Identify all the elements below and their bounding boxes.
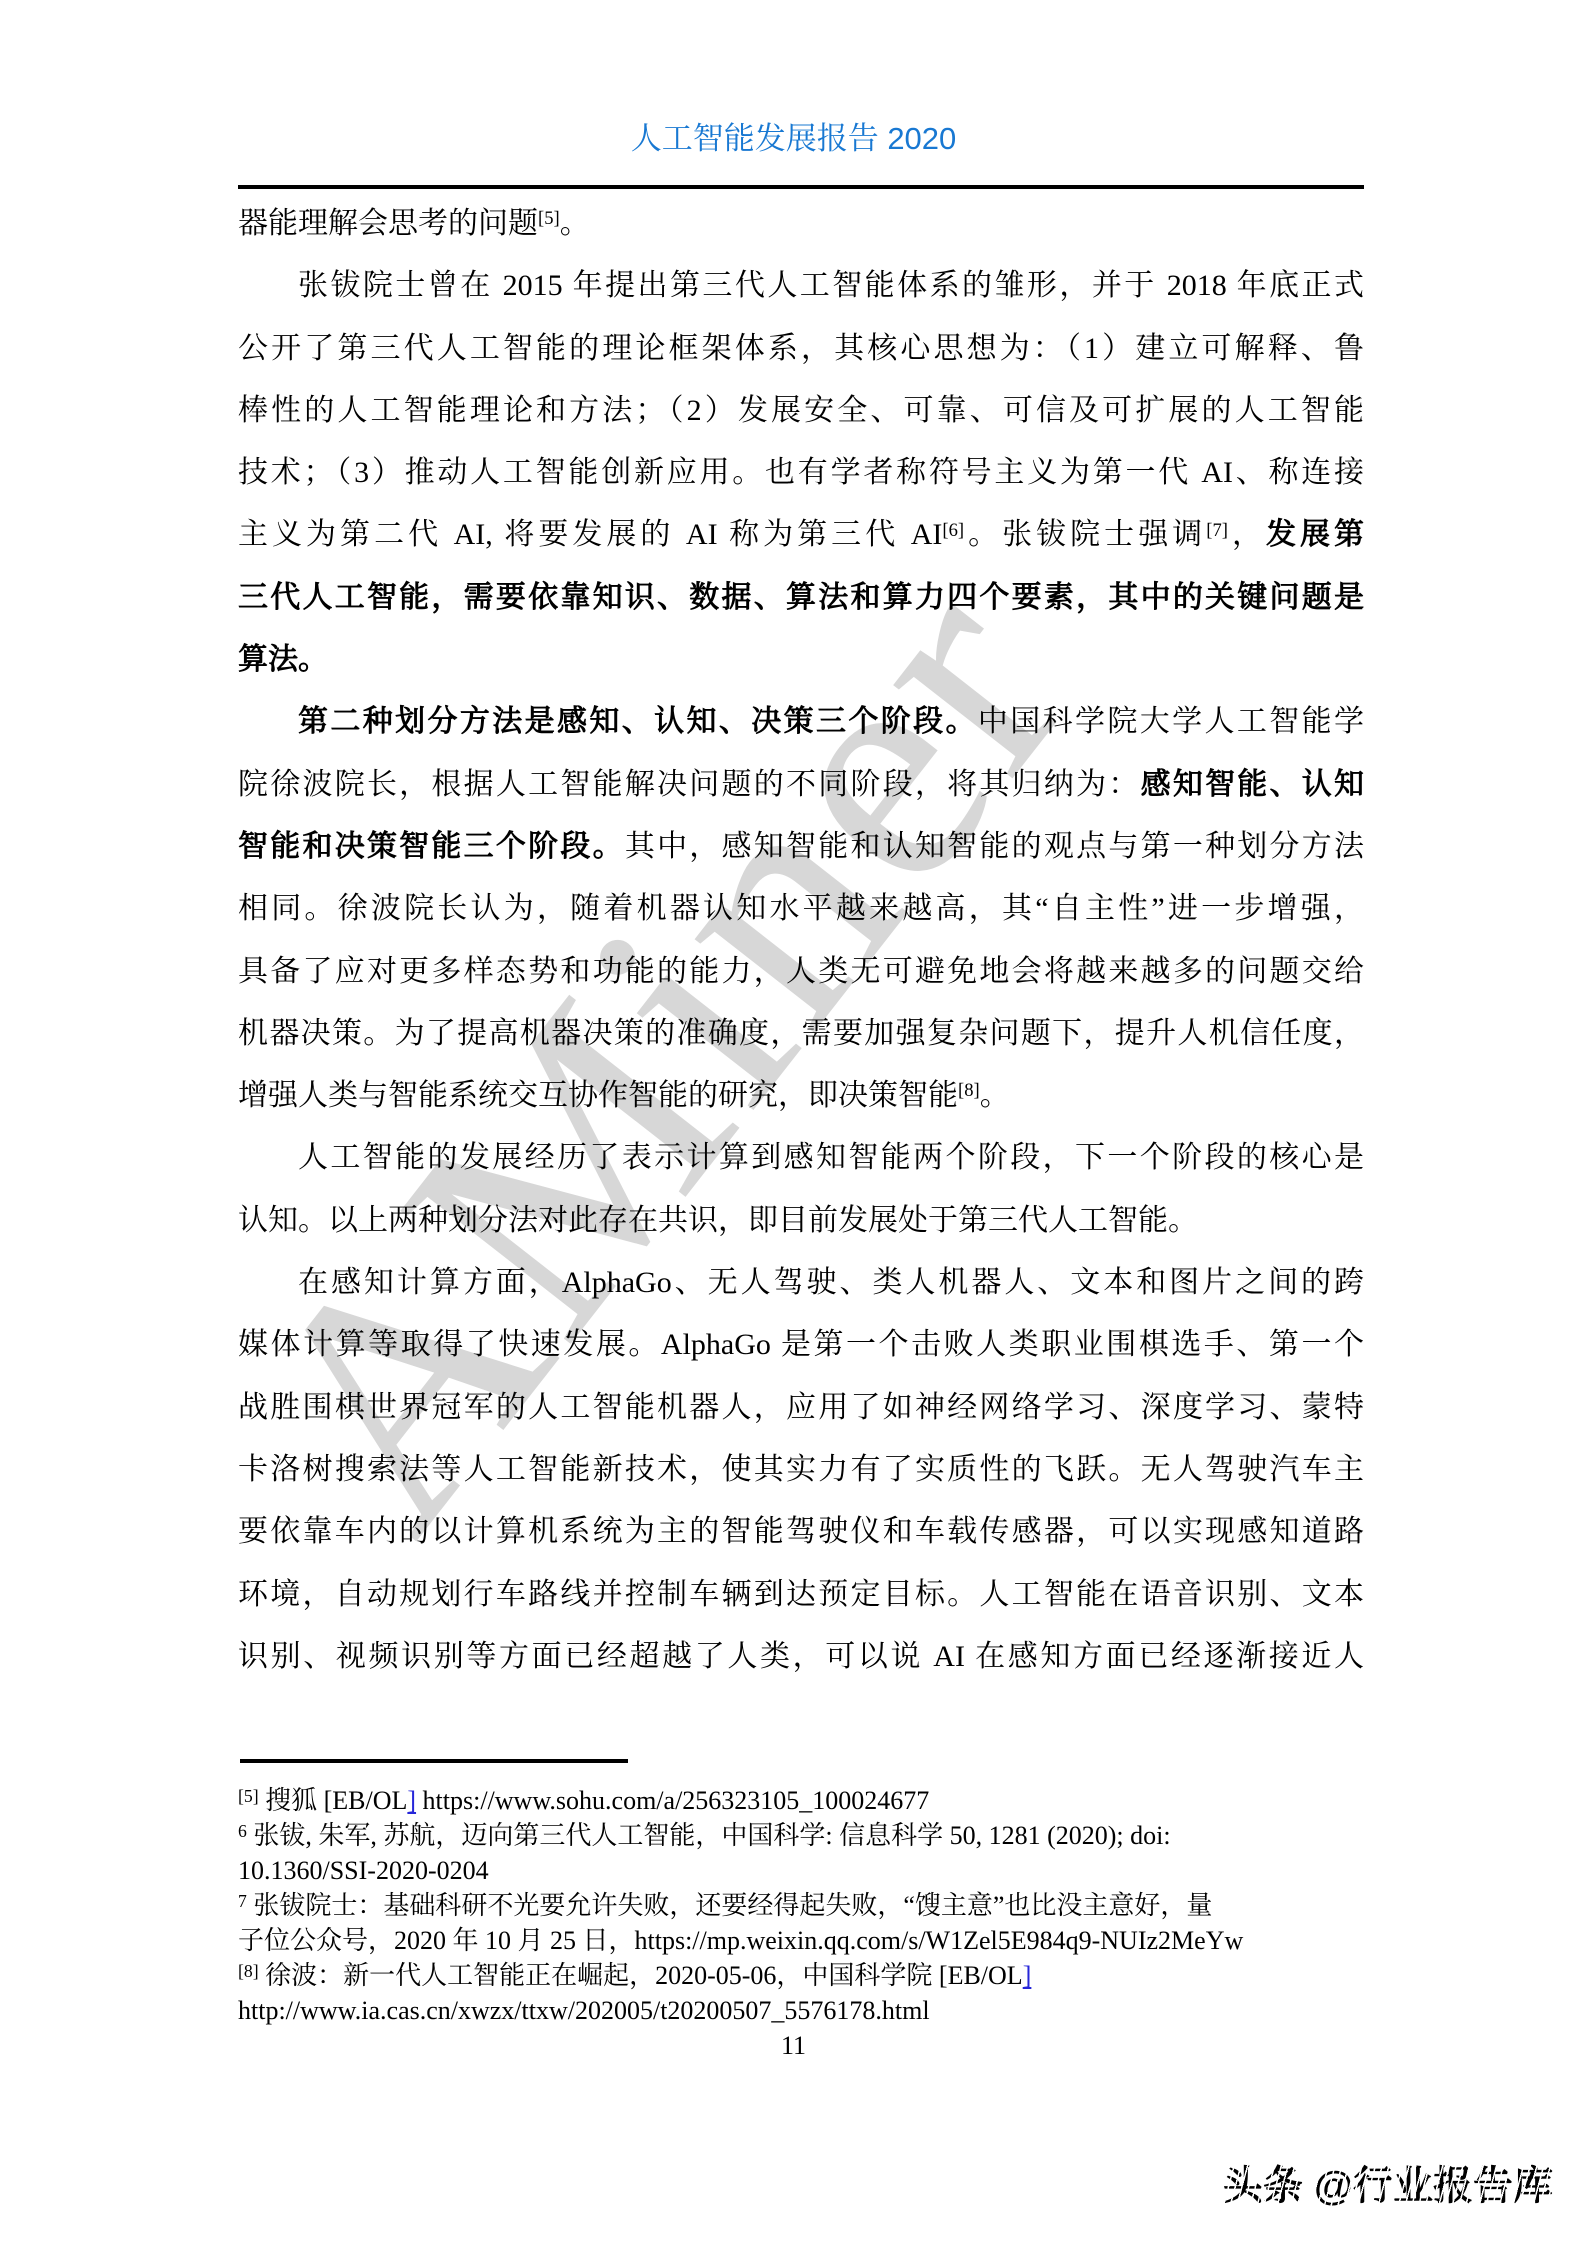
footnote-line: http://www.ia.cas.cn/xwzx/ttxw/202005/t2… <box>238 1993 1364 2028</box>
text-run: 张钹院士曾在 2015 年提出第三代人工智能体系的雏形，并于 2018 年底正式 <box>298 269 1364 302</box>
text-run: 器能理解会思考的问题 <box>238 207 538 240</box>
body-line: 战胜围棋世界冠军的人工智能机器人，应用了如神经网络学习、深度学习、蒙特 <box>238 1377 1364 1439</box>
body-line: 院徐波院长，根据人工智能解决问题的不同阶段，将其归纳为：感知智能、认知 <box>238 754 1364 816</box>
body-line: 人工智能的发展经历了表示计算到感知智能两个阶段，下一个阶段的核心是 <box>238 1127 1364 1189</box>
text-run: 认知。以上两种划分法对此存在共识，即目前发展处于第三代人工智能。 <box>238 1204 1198 1237</box>
body-line: 机器决策。为了提高机器决策的准确度，需要加强复杂问题下，提升人机信任度， <box>238 1003 1364 1065</box>
body-line: 要依靠车内的以计算机系统为主的智能驾驶仪和车载传感器，可以实现感知道路 <box>238 1501 1364 1563</box>
text-run: [6] <box>942 520 964 541</box>
footnote-link-bracket[interactable]: ] <box>1023 1961 1032 1990</box>
body-line: 识别、视频识别等方面已经超越了人类，可以说 AI 在感知方面已经逐渐接近人 <box>238 1626 1364 1688</box>
body-line: 第二种划分方法是感知、认知、决策三个阶段。中国科学院大学人工智能学 <box>238 691 1364 753</box>
text-run: 增强人类与智能系统交互协作智能的研究，即决策智能 <box>238 1079 958 1112</box>
text-run: 徐波：新一代人工智能正在崛起，2020-05-06，中国科学院 [EB/OL <box>259 1961 1023 1990</box>
text-run: 主义为第二代 AI, 将要发展的 AI 称为第三代 AI <box>238 518 942 551</box>
body-text: 器能理解会思考的问题[5]。张钹院士曾在 2015 年提出第三代人工智能体系的雏… <box>238 193 1364 1688</box>
footnote-line: 6 张钹, 朱军, 苏航，迈向第三代人工智能，中国科学: 信息科学 50, 12… <box>238 1818 1364 1853</box>
footnote-line: 7 张钹院士：基础科研不光要允许失败，还要经得起失败，“馊主意”也比没主意好，量 <box>238 1888 1364 1923</box>
text-run: 中国科学院大学人工智能学 <box>978 705 1364 738</box>
text-run: 其中，感知智能和认知智能的观点与第一种划分方法 <box>625 830 1364 863</box>
body-line: 具备了应对更多样态势和功能的能力，人类无可避免地会将越来越多的问题交给 <box>238 941 1364 1003</box>
header-rule <box>238 185 1364 189</box>
text-run: [8] <box>958 1080 980 1101</box>
body-line: 算法。 <box>238 629 1364 691</box>
footnote-link-bracket[interactable]: ] <box>407 1786 416 1815</box>
body-line: 棒性的人工智能理论和方法；（2）发展安全、可靠、可信及可扩展的人工智能 <box>238 380 1364 442</box>
body-line: 相同。徐波院长认为，随着机器认知水平越来越高，其“自主性”进一步增强， <box>238 878 1364 940</box>
text-run: 10.1360/SSI-2020-0204 <box>238 1856 489 1885</box>
toutiao-watermark: 头条 @行业报告库 <box>1223 2160 1553 2212</box>
text-run: 子位公众号，2020 年 10 月 25 日，https://mp.weixin… <box>238 1926 1243 1955</box>
text-run: 6 <box>238 1821 247 1841</box>
text-run: 棒性的人工智能理论和方法；（2）发展安全、可靠、可信及可扩展的人工智能 <box>238 394 1364 427</box>
text-run: 张钹, 朱军, 苏航，迈向第三代人工智能，中国科学: 信息科学 50, 1281… <box>247 1821 1171 1850</box>
text-run: 。 <box>560 207 590 240</box>
body-line: 张钹院士曾在 2015 年提出第三代人工智能体系的雏形，并于 2018 年底正式 <box>238 255 1364 317</box>
body-line: 技术；（3）推动人工智能创新应用。也有学者称符号主义为第一代 AI、称连接 <box>238 442 1364 504</box>
text-run: 卡洛树搜索法等人工智能新技术，使其实力有了实质性的飞跃。无人驾驶汽车主 <box>238 1453 1364 1486</box>
body-line: 卡洛树搜索法等人工智能新技术，使其实力有了实质性的飞跃。无人驾驶汽车主 <box>238 1439 1364 1501</box>
text-run: 。 <box>980 1079 1010 1112</box>
text-run: 在感知计算方面，AlphaGo、无人驾驶、类人机器人、文本和图片之间的跨 <box>298 1266 1364 1299</box>
text-run: 。张钹院士强调 <box>964 518 1206 551</box>
body-line: 器能理解会思考的问题[5]。 <box>238 193 1364 255</box>
body-line: 媒体计算等取得了快速发展。AlphaGo 是第一个击败人类职业围棋选手、第一个 <box>238 1314 1364 1376</box>
text-run: 发展第 <box>1266 518 1364 551</box>
body-line: 公开了第三代人工智能的理论框架体系，其核心思想为：（1）建立可解释、鲁 <box>238 318 1364 380</box>
text-run: 算法。 <box>238 643 328 676</box>
footnote-line: 10.1360/SSI-2020-0204 <box>238 1853 1364 1888</box>
text-run: 具备了应对更多样态势和功能的能力，人类无可避免地会将越来越多的问题交给 <box>238 955 1364 988</box>
text-run: 识别、视频识别等方面已经超越了人类，可以说 AI 在感知方面已经逐渐接近人 <box>238 1640 1364 1673</box>
body-line: 三代人工智能，需要依靠知识、数据、算法和算力四个要素，其中的关键问题是 <box>238 567 1364 629</box>
page-title: 人工智能发展报告 2020 <box>0 118 1587 160</box>
body-line: 智能和决策智能三个阶段。其中，感知智能和认知智能的观点与第一种划分方法 <box>238 816 1364 878</box>
text-run: 第二种划分方法是感知、认知、决策三个阶段。 <box>298 705 978 738</box>
body-line: 主义为第二代 AI, 将要发展的 AI 称为第三代 AI[6]。张钹院士强调[7… <box>238 504 1364 566</box>
footnotes: [5] 搜狐 [EB/OL] https://www.sohu.com/a/25… <box>238 1783 1364 2028</box>
text-run: [8] <box>238 1961 259 1981</box>
text-run: 要依靠车内的以计算机系统为主的智能驾驶仪和车载传感器，可以实现感知道路 <box>238 1515 1364 1548</box>
text-run: 张钹院士：基础科研不光要允许失败，还要经得起失败，“馊主意”也比没主意好，量 <box>247 1891 1213 1920</box>
text-run: 媒体计算等取得了快速发展。AlphaGo 是第一个击败人类职业围棋选手、第一个 <box>238 1328 1364 1361</box>
footnote-line: [8] 徐波：新一代人工智能正在崛起，2020-05-06，中国科学院 [EB/… <box>238 1958 1364 1993</box>
text-run: 感知智能、认知 <box>1141 768 1364 801</box>
body-line: 在感知计算方面，AlphaGo、无人驾驶、类人机器人、文本和图片之间的跨 <box>238 1252 1364 1314</box>
text-run: 战胜围棋世界冠军的人工智能机器人，应用了如神经网络学习、深度学习、蒙特 <box>238 1391 1364 1424</box>
text-run: 搜狐 [EB/OL <box>259 1786 408 1815</box>
text-run: https://www.sohu.com/a/256323105_1000246… <box>416 1786 929 1815</box>
document-page: AMiner 人工智能发展报告 2020 器能理解会思考的问题[5]。张钹院士曾… <box>0 0 1587 2245</box>
text-run: 人工智能的发展经历了表示计算到感知智能两个阶段，下一个阶段的核心是 <box>298 1141 1364 1174</box>
text-run: [7] <box>1206 520 1228 541</box>
body-line: 环境，自动规划行车路线并控制车辆到达预定目标。人工智能在语音识别、文本 <box>238 1564 1364 1626</box>
page-number: 11 <box>0 2028 1587 2063</box>
body-line: 认知。以上两种划分法对此存在共识，即目前发展处于第三代人工智能。 <box>238 1190 1364 1252</box>
text-run: http://www.ia.cas.cn/xwzx/ttxw/202005/t2… <box>238 1996 930 2025</box>
text-run: 三代人工智能，需要依靠知识、数据、算法和算力四个要素，其中的关键问题是 <box>238 581 1364 614</box>
footnote-line: 子位公众号，2020 年 10 月 25 日，https://mp.weixin… <box>238 1923 1364 1958</box>
body-line: 增强人类与智能系统交互协作智能的研究，即决策智能[8]。 <box>238 1065 1364 1127</box>
text-run: 相同。徐波院长认为，随着机器认知水平越来越高，其“自主性”进一步增强， <box>238 892 1364 925</box>
text-run: ， <box>1228 518 1266 551</box>
text-run: [5] <box>538 208 560 229</box>
text-run: 环境，自动规划行车路线并控制车辆到达预定目标。人工智能在语音识别、文本 <box>238 1578 1364 1611</box>
text-run: 智能和决策智能三个阶段。 <box>238 830 625 863</box>
text-run: 机器决策。为了提高机器决策的准确度，需要加强复杂问题下，提升人机信任度， <box>238 1017 1364 1050</box>
text-run: 院徐波院长，根据人工智能解决问题的不同阶段，将其归纳为： <box>238 768 1141 801</box>
footnote-line: [5] 搜狐 [EB/OL] https://www.sohu.com/a/25… <box>238 1783 1364 1818</box>
text-run: 7 <box>238 1891 247 1911</box>
text-run: 技术；（3）推动人工智能创新应用。也有学者称符号主义为第一代 AI、称连接 <box>238 456 1364 489</box>
text-run: 公开了第三代人工智能的理论框架体系，其核心思想为：（1）建立可解释、鲁 <box>238 332 1364 365</box>
text-run: [5] <box>238 1786 259 1806</box>
footnote-separator <box>240 1759 628 1763</box>
